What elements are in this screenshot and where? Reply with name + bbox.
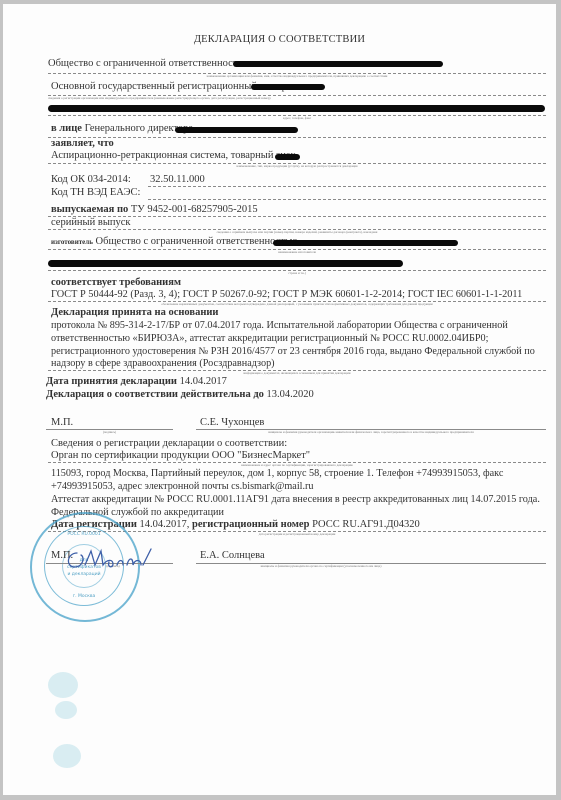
accepted-date-line: Дата принятия декларации 14.04.2017 (46, 376, 227, 387)
accepted-date-label: Дата принятия декларации (46, 376, 177, 387)
release-spec: ТУ 9452-001-68257905-2015 (131, 204, 258, 215)
applicant-mp: М.П. (51, 417, 73, 428)
requirements-label: соответствует требованиям (51, 277, 181, 288)
rule (148, 199, 546, 200)
redacted-trademark (275, 154, 300, 160)
certifier-signatory-name: Е.А. Солнцева (200, 550, 265, 561)
redacted-manufacturer-name (273, 240, 458, 246)
representative-bold: в лице (51, 123, 82, 134)
valid-until-label: Декларация о соответствии действительна … (46, 389, 264, 400)
certifier-signatory-caption: инициалы и фамилия руководителя органа п… (196, 564, 446, 568)
redacted-applicant-name (233, 61, 443, 67)
product-text: Аспирационно-ретракционная система, това… (51, 150, 296, 161)
ok-code-label: Код ОК 034-2014: (51, 174, 131, 185)
scan-artifact (53, 744, 81, 768)
release-bold: выпускаемая по (51, 204, 128, 215)
applicant-name-caption: наименование организации или фамилия, им… (48, 74, 546, 78)
release-line: выпускаемая по ТУ 9452-001-68257905-2015 (51, 204, 258, 215)
applicant-signatory-name: С.Е. Чухонцев (200, 417, 264, 428)
manufacturer-line: изготовитель Общество с ограниченной отв… (51, 236, 298, 247)
applicant-signature-caption: (подпись) (46, 430, 173, 434)
certification-address-1: 115093, город Москва, Партийный переулок… (51, 468, 503, 479)
redacted-applicant-address (48, 105, 545, 112)
stamp-top-text: РОСС RU.0001 (54, 532, 114, 537)
basis-line-4: надзору в сфере здравоохранения (Росздра… (51, 358, 275, 369)
document-page: ДЕКЛАРАЦИЯ О СООТВЕТСТВИИ Общество с огр… (3, 4, 556, 795)
ok-code-value: 32.50.11.000 (150, 174, 205, 185)
certification-address-2: +74993915053, адрес электронной почты cs… (51, 481, 314, 492)
scan-artifact (48, 672, 78, 698)
serial-release: серийный выпуск (51, 217, 131, 228)
rule (48, 137, 546, 138)
registration-date-value: 14.04.2017, (140, 519, 190, 530)
registration-number-label: регистрационный номер (192, 519, 309, 530)
serial-caption: сведения о серийном выпуске или партии (… (48, 230, 546, 234)
valid-until-line: Декларация о соответствии действительна … (46, 389, 314, 400)
basis-label: Декларация принята на основании (51, 307, 218, 318)
manufacturer-bold: изготовитель (51, 238, 93, 246)
product-caption: наименование, тип, марка продукции (услу… (48, 164, 546, 168)
redacted-manufacturer-address (48, 260, 403, 267)
redacted-director-name (175, 127, 298, 133)
basis-caption: информация о документах, являющихся осно… (48, 371, 546, 375)
address-caption: адрес, телефон, факс (48, 116, 546, 120)
applicant-signatory-caption: инициалы и фамилия руководителя организа… (196, 430, 546, 434)
valid-until-value: 13.04.2020 (267, 389, 314, 400)
representative-line: в лице Генерального директора (51, 123, 193, 134)
accepted-date-value: 14.04.2017 (180, 376, 227, 387)
applicant-name-label: Общество с ограниченной ответственностью (48, 58, 250, 69)
basis-line-2: ответственностью «БИРЮЗА», аттестат аккр… (51, 333, 488, 344)
document-title: ДЕКЛАРАЦИЯ О СООТВЕТСТВИИ (3, 34, 556, 45)
manufacturer-text: Общество с ограниченной ответственностью (96, 236, 298, 247)
registration-number-value: РОСС RU.АГ91.Д04320 (312, 519, 420, 530)
redacted-ogrn (251, 84, 325, 90)
basis-line-1: протокола № 895-314-2-17/БР от 07.04.201… (51, 320, 508, 331)
stamp-bottom-text: г. Москва (54, 594, 114, 599)
manufacturer-address-caption: страна и т.к.) (48, 271, 546, 275)
accreditation-line-1: Аттестат аккредитации № РОСС RU.0001.11А… (51, 494, 540, 505)
basis-line-3: регистрационного удостоверения № РЗН 201… (51, 346, 535, 357)
declares-label: заявляет, что (51, 138, 114, 149)
certification-body: Орган по сертификации продукции ООО "Биз… (51, 450, 310, 461)
certification-body-caption: наименование и адрес органа по сертифика… (48, 463, 546, 467)
requirements-caption: обозначение нормативных документов, соот… (48, 302, 546, 306)
ogrn-caption: сведения о регистрации организации или и… (48, 96, 348, 100)
requirements-standards: ГОСТ Р 50444-92 (Разд. 3, 4); ГОСТ Р 502… (51, 289, 522, 300)
handwritten-signature (63, 547, 153, 573)
manufacturer-caption: наименование изготовителя (48, 250, 546, 254)
tn-code-label: Код ТН ВЭД ЕАЭС: (51, 187, 140, 198)
registration-heading: Сведения о регистрации декларации о соот… (51, 438, 287, 449)
scan-artifact (55, 701, 77, 719)
rule (148, 186, 546, 187)
